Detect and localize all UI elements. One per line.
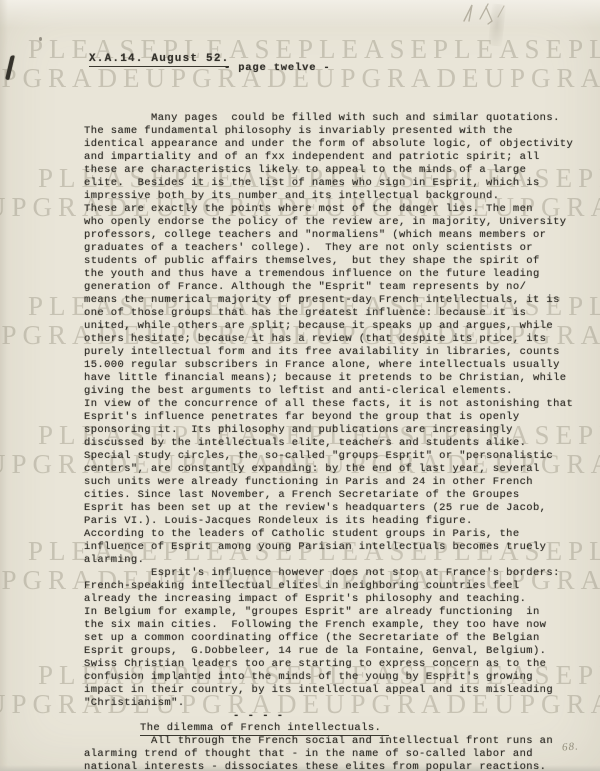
text-line: identical appearance and under the form … [84, 138, 573, 151]
watermark-word: PLEASE [578, 420, 600, 451]
text-line: others hesitate; because it has a review… [84, 333, 573, 346]
document-reference: X.A.14. August 52. [89, 53, 229, 67]
text-line: impressive both by its number and its in… [84, 190, 573, 203]
section-separator: - - - - [233, 710, 284, 722]
page-number-label: - page twelve - [224, 62, 331, 74]
body-text: Many pages could be filled with such and… [84, 112, 573, 710]
text-line: the youth and thus have a tremendous inf… [84, 268, 573, 281]
text-line: professors, college teachers and "normal… [84, 229, 573, 242]
text-line: means the numerical majority of present-… [84, 294, 573, 307]
text-line: sponsoring it. Its philosophy and public… [84, 424, 573, 437]
text-line: According to the leaders of Catholic stu… [84, 528, 573, 541]
text-line: alarming. [84, 554, 573, 567]
watermark-word: PLEASE [298, 34, 433, 65]
text-line: The same fundamental philosophy is invar… [84, 125, 573, 138]
text-line: In view of the concurrence of all these … [84, 398, 573, 411]
text-line: generation of France. Although the "Espr… [84, 281, 573, 294]
text-line: students of public affairs themselves, b… [84, 255, 573, 268]
text-line: set up a common coordinating office (the… [84, 632, 573, 645]
text-line: discussed by the intellectuals elite, te… [84, 437, 573, 450]
text-line: These are exactly the points where most … [84, 203, 573, 216]
text-line: 15.000 regular subscribers in France alo… [84, 359, 573, 372]
text-line: impact in their country, by its intellec… [84, 684, 573, 697]
text-line: Esprit's influence penetrates far beyond… [84, 411, 573, 424]
text-line: have little financial means); because it… [84, 372, 573, 385]
watermark-word: PLEASE [578, 163, 600, 194]
text-line: who openly endorse the policy of the rev… [84, 216, 573, 229]
text-line: Esprit has been set up at the review's h… [84, 502, 573, 515]
text-line: united, while others are split; because … [84, 320, 573, 333]
text-line: such units were already functioning in P… [84, 476, 573, 489]
text-line: one of those groups that has the greates… [84, 307, 573, 320]
watermark-word: PLEASE [568, 34, 600, 65]
text-line: purely intellectual form and its free av… [84, 346, 573, 359]
text-line: elite. Besides it is the list of names w… [84, 177, 573, 190]
text-line: cities. Since last November, a French Se… [84, 489, 573, 502]
text-line: Many pages could be filled with such and… [84, 112, 573, 125]
text-line: these are characteristics likely to appe… [84, 164, 573, 177]
text-line: "Christianism". [84, 697, 573, 710]
text-line: Swiss Christian leaders too are starting… [84, 658, 573, 671]
text-line: In Belgium for example, "groupes Esprit"… [84, 606, 573, 619]
text-line: giving the best arguments to leftist and… [84, 385, 573, 398]
handwritten-pencil-mark [458, 1, 516, 32]
text-line: already the increasing impact of Esprit'… [84, 593, 573, 606]
ink-speck [39, 37, 42, 41]
ink-stroke-mark [5, 55, 15, 80]
text-line: the six main cities. Following the Frenc… [84, 619, 573, 632]
scan-edge-left [0, 0, 8, 771]
text-line: Special study circles, the so-called "gr… [84, 450, 573, 463]
text-line: graduates of a teachers' college). They … [84, 242, 573, 255]
text-line: national interests - dissociates these e… [84, 761, 553, 771]
handwritten-page-note: 68. [562, 740, 580, 753]
scanned-document-page: PLEASEPLEASEPLEASEPLEASEPLEASEUPGRADEUPG… [0, 0, 600, 771]
text-line: Esprit groups, G.Dobbeleer, 14 rue de la… [84, 645, 573, 658]
text-line: confusion implanted into the minds of th… [84, 671, 573, 684]
text-line: French-speaking intellectual elites in n… [84, 580, 573, 593]
text-line: centers", are constantly expanding: by t… [84, 463, 573, 476]
text-line: Paris VI.). Louis-Jacques Rondeleux is i… [84, 515, 573, 528]
text-line: All through the French social and intell… [84, 735, 553, 748]
text-line: influence of Esprit among young Parisian… [84, 541, 573, 554]
text-line: and impartiality and of an fxx independe… [84, 151, 573, 164]
closing-text: All through the French social and intell… [84, 735, 553, 771]
section-heading: The dilemma of French intellectuals. [140, 722, 389, 736]
watermark-word: PLEASE [578, 660, 600, 691]
watermark-word: UPGRADE [315, 63, 485, 94]
text-line: alarming trend of thought that - in the … [84, 748, 553, 761]
watermark-word: UPGRADE [485, 63, 600, 94]
text-line: Esprit's influence however does not stop… [84, 567, 573, 580]
watermark-word: UPGRADE [0, 63, 146, 94]
